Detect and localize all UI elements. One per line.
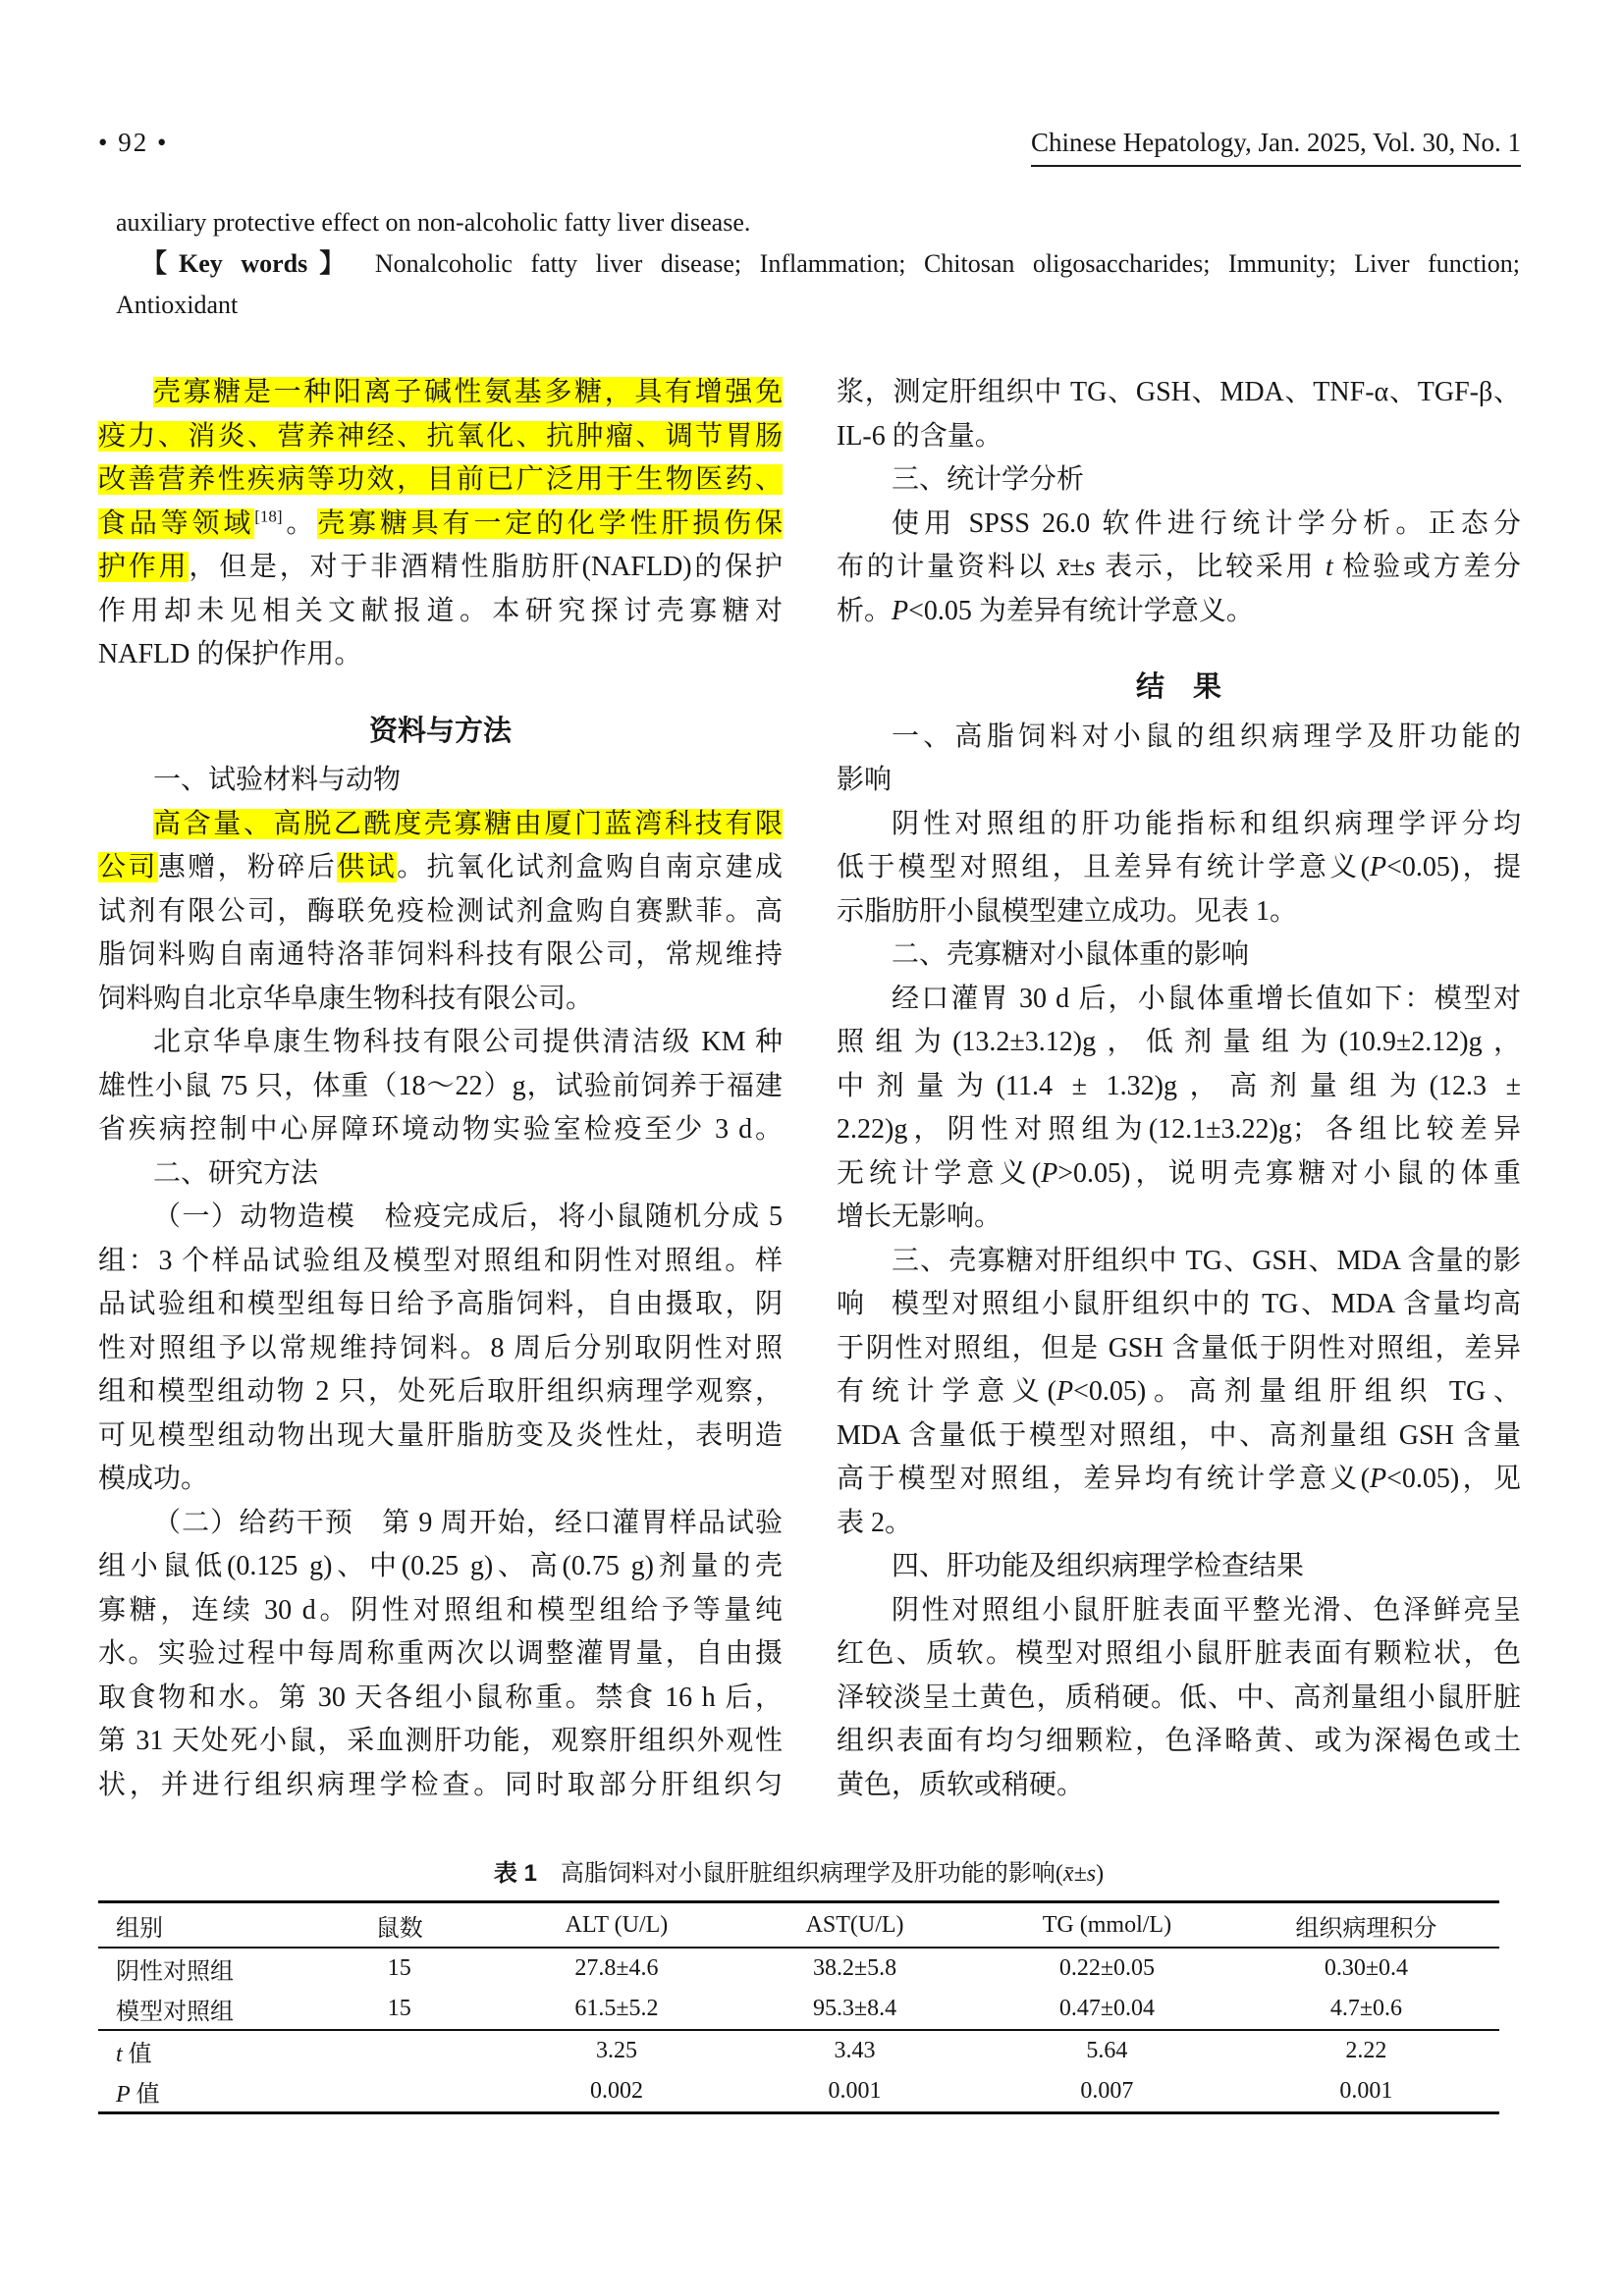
- text-line: 状，并进行组织病理学检查。同时取部分肝组织匀: [98, 1764, 783, 1808]
- text-segment: <0.05)，提: [1386, 852, 1521, 882]
- text-line: 护作用，但是，对于非酒精性脂肪肝(NAFLD)的保护: [98, 546, 783, 590]
- text-line: 无统计学意义(P>0.05)，说明壳寡糖对小鼠的体重: [837, 1152, 1521, 1197]
- text-segment: x̄: [1057, 552, 1069, 582]
- text-segment: 三、统计学分析: [892, 464, 1084, 495]
- text-segment: 表示，比较采用: [1095, 552, 1325, 582]
- table-cell: 0.001: [1233, 2071, 1499, 2113]
- table-cell: t 值: [98, 2030, 295, 2071]
- text-line: 三、壳寡糖对肝组织中 TG、GSH、MDA 含量的影响: [837, 1240, 1521, 1284]
- text-segment: NAFLD 的保护作用。: [98, 639, 361, 669]
- text-segment: 脂饲料购自南通特洛菲饲料科技有限公司，常规维持: [98, 939, 783, 970]
- text-segment: P: [116, 2082, 131, 2108]
- text-line: 品试验组和模型组每日给予高脂饲料，自由摄取，阴: [98, 1283, 783, 1327]
- table-header-row: 组别鼠数ALT (U/L)AST(U/L)TG (mmol/L)组织病理积分: [98, 1902, 1499, 1949]
- text-segment: 照组为(13.2±3.12)g，低剂量组为(10.9±2.12)g，: [837, 1027, 1521, 1057]
- text-segment: P: [1370, 852, 1386, 882]
- table-cell: 27.8±4.6: [505, 1948, 729, 1989]
- text-line: 疫力、消炎、营养神经、抗氧化、抗肿瘤、调节胃肠道、: [98, 415, 783, 459]
- text-segment: 模型对照组小鼠肝组织中的 TG、MDA 含量均高: [892, 1289, 1521, 1319]
- highlighted-text: 高含量、高脱乙酰度壳寡糖由厦门蓝湾科技有限: [153, 809, 783, 839]
- text-segment: 组织表面有均匀细颗粒，色泽略黄、或为深褐色或土: [837, 1726, 1521, 1756]
- text-segment: 示脂肪肝小鼠模型建立成功。见表 1。: [837, 896, 1297, 927]
- text-line: 阴性对照组小鼠肝脏表面平整光滑、色泽鲜亮呈: [837, 1589, 1521, 1633]
- text-line: 影响: [837, 759, 1521, 803]
- text-line: 2.22)g，阴性对照组为(12.1±3.22)g；各组比较差异: [837, 1108, 1521, 1152]
- text-segment: 水。实验过程中每周称重两次以调整灌胃量，自由摄: [98, 1638, 783, 1669]
- text-segment: 状，并进行组织病理学检查。同时取部分肝组织匀: [98, 1770, 783, 1800]
- text-line: 高含量、高脱乙酰度壳寡糖由厦门蓝湾科技有限: [98, 803, 783, 847]
- text-segment: 北京华阜康生物科技有限公司提供清洁级 KM 种: [153, 1027, 783, 1057]
- text-segment: 影响: [837, 765, 892, 795]
- table-cell: P 值: [98, 2071, 295, 2113]
- text-segment: 一、高脂饲料对小鼠的组织病理学及肝功能的: [892, 721, 1521, 752]
- text-segment: 析。: [837, 596, 892, 626]
- text-segment: 惠赠，粉碎后: [158, 852, 337, 882]
- text-segment: P: [892, 596, 908, 626]
- text-segment: 浆，测定肝组织中 TG、GSH、MDA、TNF-α、TGF-β、: [837, 377, 1521, 407]
- text-line: 雄性小鼠 75 只，体重（18～22）g，试验前饲养于福建: [98, 1065, 783, 1109]
- abstract-tail: auxiliary protective effect on non-alcoh…: [116, 202, 1520, 326]
- table-column-header: 组织病理积分: [1233, 1902, 1499, 1949]
- citation-superscript: [18]: [254, 507, 282, 525]
- text-line: 二、研究方法: [98, 1152, 783, 1197]
- text-segment: 红色、质软。模型对照组小鼠肝脏表面有颗粒状，色: [837, 1638, 1521, 1669]
- text-segment: <0.05)。高剂量组肝组织 TG、: [1073, 1376, 1521, 1407]
- text-segment: 品试验组和模型组每日给予高脂饲料，自由摄取，阴: [98, 1289, 783, 1319]
- text-line: 于阴性对照组，但是 GSH 含量低于阴性对照组，差异: [837, 1327, 1521, 1371]
- text-segment: 。: [283, 508, 318, 539]
- highlighted-text: 食品等领域: [98, 508, 254, 539]
- text-segment: 值: [131, 2082, 160, 2108]
- text-line: 饲料购自北京华阜康生物科技有限公司。: [98, 978, 783, 1022]
- table-cell: 0.47±0.04: [981, 1989, 1233, 2030]
- keywords-label: 【Key words】: [141, 249, 356, 278]
- text-segment: <0.05)，见: [1386, 1464, 1521, 1494]
- text-segment: MDA 含量低于模型对照组，中、高剂量组 GSH 含量: [837, 1420, 1521, 1451]
- text-line: 照组为(13.2±3.12)g，低剂量组为(10.9±2.12)g，: [837, 1021, 1521, 1065]
- text-segment: P: [1056, 1376, 1073, 1407]
- text-line: （一）动物造模 检疫完成后，将小鼠随机分成 5: [98, 1196, 783, 1240]
- text-segment: 寡糖，连续 30 d。阴性对照组和模型组给予等量纯: [98, 1595, 783, 1626]
- page-number: • 92 •: [98, 128, 168, 158]
- text-line: MDA 含量低于模型对照组，中、高剂量组 GSH 含量: [837, 1415, 1521, 1459]
- keywords-line: 【Key words】 Nonalcoholic fatty liver dis…: [116, 243, 1520, 285]
- text-line: 省疾病控制中心屏障环境动物实验室检疫至少 3 d。: [98, 1108, 783, 1152]
- table-cell: 0.22±0.05: [981, 1948, 1233, 1989]
- running-header: • 92 • Chinese Hepatology, Jan. 2025, Vo…: [98, 128, 1521, 167]
- highlighted-text: 壳寡糖具有一定的化学性肝损伤保: [317, 508, 783, 539]
- text-line: 作用却未见相关文献报道。本研究探讨壳寡糖对: [98, 590, 783, 634]
- table-cell: 3.43: [729, 2030, 981, 2071]
- text-segment: 布的计量资料以: [837, 552, 1057, 582]
- text-segment: ，但是，对于非酒精性脂肪肝(NAFLD)的保护: [189, 552, 783, 582]
- text-line: 模型对照组小鼠肝组织中的 TG、MDA 含量均高: [837, 1283, 1521, 1327]
- table-cell: 15: [295, 1948, 505, 1989]
- table-column-header: TG (mmol/L): [981, 1902, 1233, 1949]
- text-segment: 省疾病控制中心屏障环境动物实验室检疫至少 3 d。: [98, 1114, 783, 1145]
- text-line: 脂饲料购自南通特洛菲饲料科技有限公司，常规维持: [98, 934, 783, 978]
- text-line: 组小鼠低(0.125 g)、中(0.25 g)、高(0.75 g)剂量的壳: [98, 1545, 783, 1589]
- text-line: 泽较淡呈土黄色，质稍硬。低、中、高剂量组小鼠肝脏: [837, 1677, 1521, 1721]
- table-cell: 2.22: [1233, 2030, 1499, 2071]
- text-line: IL-6 的含量。: [837, 415, 1521, 459]
- text-segment: 组小鼠低(0.125 g)、中(0.25 g)、高(0.75 g)剂量的壳: [98, 1551, 783, 1581]
- table-cell: 0.002: [505, 2071, 729, 2113]
- text-segment: 阴性对照组的肝功能指标和组织病理学评分均: [892, 809, 1521, 839]
- text-line: 第 31 天处死小鼠，采血测肝功能，观察肝组织外观性: [98, 1720, 783, 1764]
- text-segment: 组和模型组动物 2 只，处死后取肝组织病理学观察，: [98, 1376, 783, 1407]
- left-column: 壳寡糖是一种阳离子碱性氨基多糖，具有增强免疫力、消炎、营养神经、抗氧化、抗肿瘤、…: [98, 371, 783, 1807]
- text-segment: IL-6 的含量。: [837, 421, 1002, 452]
- text-segment: 增长无影响。: [837, 1201, 1001, 1232]
- text-segment: 表 1: [494, 1860, 537, 1887]
- text-line: 寡糖，连续 30 d。阴性对照组和模型组给予等量纯: [98, 1589, 783, 1633]
- text-line: 三、统计学分析: [837, 458, 1521, 503]
- text-line: 水。实验过程中每周称重两次以调整灌胃量，自由摄: [98, 1632, 783, 1677]
- table-cell: 5.64: [981, 2030, 1233, 2071]
- text-line: 取食物和水。第 30 天各组小鼠称重。禁食 16 h 后，: [98, 1677, 783, 1721]
- text-line: 组和模型组动物 2 只，处死后取肝组织病理学观察，: [98, 1370, 783, 1415]
- section-heading: 结 果: [837, 666, 1521, 710]
- text-line: 组：3 个样品试验组及模型对照组和阴性对照组。样: [98, 1240, 783, 1284]
- text-segment: 表 2。: [837, 1508, 912, 1538]
- table-cell: 4.7±0.6: [1233, 1989, 1499, 2030]
- text-segment: 有统计学意义(: [837, 1376, 1056, 1407]
- text-segment: 中剂量为(11.4 ± 1.32)g，高剂量组为(12.3 ±: [837, 1071, 1521, 1101]
- text-segment: 模成功。: [98, 1464, 208, 1494]
- keywords-continuation: Antioxidant: [116, 285, 1520, 326]
- text-segment: P: [1041, 1158, 1057, 1189]
- table-cell: 38.2±5.8: [729, 1948, 981, 1989]
- text-segment: 经口灌胃 30 d 后，小鼠体重增长值如下：模型对: [892, 984, 1521, 1014]
- table-cell: 3.25: [505, 2030, 729, 2071]
- table-cell: 阴性对照组: [98, 1948, 295, 1989]
- text-line: 模成功。: [98, 1458, 783, 1502]
- text-line: 示脂肪肝小鼠模型建立成功。见表 1。: [837, 890, 1521, 934]
- text-segment: 低于模型对照组，且差异有统计学意义(: [837, 852, 1370, 882]
- text-segment: 使用 SPSS 26.0 软件进行统计学分析。正态分: [892, 508, 1521, 539]
- table-cell: 61.5±5.2: [505, 1989, 729, 2030]
- table-row: 模型对照组1561.5±5.295.3±8.40.47±0.044.7±0.6: [98, 1989, 1499, 2030]
- text-segment: 取食物和水。第 30 天各组小鼠称重。禁食 16 h 后，: [98, 1682, 783, 1713]
- abstract-continuation-line: auxiliary protective effect on non-alcoh…: [116, 202, 1520, 243]
- table-column-header: 鼠数: [295, 1902, 505, 1949]
- text-segment: 阴性对照组小鼠肝脏表面平整光滑、色泽鲜亮呈: [892, 1595, 1521, 1626]
- table-cell: 0.007: [981, 2071, 1233, 2113]
- table-1-title: 表 1 高脂饲料对小鼠肝脏组织病理学及肝功能的影响(x̄±s): [98, 1853, 1499, 1888]
- table-cell: 0.30±0.4: [1233, 1948, 1499, 1989]
- text-line: 组织表面有均匀细颗粒，色泽略黄、或为深褐色或土: [837, 1720, 1521, 1764]
- highlighted-text: 公司: [98, 852, 158, 882]
- text-segment: 黄色，质软或稍硬。: [837, 1770, 1084, 1800]
- text-line: 北京华阜康生物科技有限公司提供清洁级 KM 种: [98, 1021, 783, 1065]
- table-column-header: 组别: [98, 1902, 295, 1949]
- text-segment: 于阴性对照组，但是 GSH 含量低于阴性对照组，差异: [837, 1333, 1521, 1363]
- text-line: 高于模型对照组，差异均有统计学意义(P<0.05)，见: [837, 1458, 1521, 1502]
- text-line: （二）给药干预 第 9 周开始，经口灌胃样品试验: [98, 1502, 783, 1546]
- text-segment: （一）动物造模 检疫完成后，将小鼠随机分成 5: [153, 1201, 783, 1232]
- text-segment: 。抗氧化试剂盒购自南京建成: [397, 852, 783, 882]
- text-segment: 第 31 天处死小鼠，采血测肝功能，观察肝组织外观性: [98, 1726, 783, 1756]
- text-line: 使用 SPSS 26.0 软件进行统计学分析。正态分: [837, 503, 1521, 547]
- text-segment: 可见模型组动物出现大量肝脂肪变及炎性灶，表明造: [98, 1420, 783, 1451]
- text-segment: 四、肝功能及组织病理学检查结果: [892, 1551, 1304, 1581]
- table-cell: 0.001: [729, 2071, 981, 2113]
- text-segment: 泽较淡呈土黄色，质稍硬。低、中、高剂量组小鼠肝脏: [837, 1682, 1521, 1713]
- table-cell: 15: [295, 1989, 505, 2030]
- text-line: 改善营养性疾病等功效，目前已广泛用于生物医药、: [98, 458, 783, 503]
- table-column-header: ALT (U/L): [505, 1902, 729, 1949]
- text-line: 低于模型对照组，且差异有统计学意义(P<0.05)，提: [837, 846, 1521, 890]
- table-row: P 值0.0020.0010.0070.001: [98, 2071, 1499, 2113]
- text-line: 性对照组予以常规维持饲料。8 周后分别取阴性对照: [98, 1327, 783, 1371]
- text-line: 壳寡糖是一种阳离子碱性氨基多糖，具有增强免: [98, 371, 783, 415]
- text-segment: 饲料购自北京华阜康生物科技有限公司。: [98, 984, 593, 1014]
- text-line: 增长无影响。: [837, 1196, 1521, 1240]
- text-line: 经口灌胃 30 d 后，小鼠体重增长值如下：模型对: [837, 978, 1521, 1022]
- text-line: 布的计量资料以 x̄±s 表示，比较采用 t 检验或方差分: [837, 546, 1521, 590]
- highlighted-text: 供试: [337, 852, 397, 882]
- text-segment: 2.22)g，阴性对照组为(12.1±3.22)g；各组比较差异: [837, 1114, 1521, 1145]
- text-segment: s: [1085, 552, 1096, 582]
- text-line: 有统计学意义(P<0.05)。高剂量组肝组织 TG、: [837, 1370, 1521, 1415]
- table-column-header: AST(U/L): [729, 1902, 981, 1949]
- text-line: 一、高脂饲料对小鼠的组织病理学及肝功能的: [837, 716, 1521, 760]
- text-line: 析。P<0.05 为差异有统计学意义。: [837, 590, 1521, 634]
- table-row: 阴性对照组1527.8±4.638.2±5.80.22±0.050.30±0.4: [98, 1948, 1499, 1989]
- table-row: t 值3.253.435.642.22: [98, 2030, 1499, 2071]
- text-line: 二、壳寡糖对小鼠体重的影响: [837, 934, 1521, 978]
- text-line: 一、试验材料与动物: [98, 759, 783, 803]
- text-line: 公司惠赠，粉碎后供试。抗氧化试剂盒购自南京建成: [98, 846, 783, 890]
- text-segment: t: [116, 2042, 123, 2067]
- paper-page: • 92 • Chinese Hepatology, Jan. 2025, Vo…: [0, 0, 1624, 2296]
- text-segment: 二、壳寡糖对小鼠体重的影响: [892, 939, 1249, 970]
- text-segment: <0.05 为差异有统计学意义。: [908, 596, 1254, 626]
- text-segment: （二）给药干预 第 9 周开始，经口灌胃样品试验: [153, 1508, 783, 1538]
- table-1: 组别鼠数ALT (U/L)AST(U/L)TG (mmol/L)组织病理积分 阴…: [98, 1900, 1499, 2114]
- highlighted-text: 护作用: [98, 552, 189, 582]
- text-line: NAFLD 的保护作用。: [98, 633, 783, 677]
- table-cell: 模型对照组: [98, 1989, 295, 2030]
- table-1-block: 表 1 高脂饲料对小鼠肝脏组织病理学及肝功能的影响(x̄±s) 组别鼠数ALT …: [98, 1853, 1499, 2114]
- text-line: 可见模型组动物出现大量肝脂肪变及炎性灶，表明造: [98, 1415, 783, 1459]
- text-segment: 组：3 个样品试验组及模型对照组和阴性对照组。样: [98, 1246, 783, 1276]
- text-segment: P: [1370, 1464, 1386, 1494]
- section-heading: 资料与方法: [98, 710, 783, 754]
- journal-reference: Chinese Hepatology, Jan. 2025, Vol. 30, …: [1031, 128, 1521, 167]
- text-segment: 雄性小鼠 75 只，体重（18～22）g，试验前饲养于福建: [98, 1071, 783, 1101]
- text-line: 四、肝功能及组织病理学检查结果: [837, 1545, 1521, 1589]
- text-segment: 检验或方差分: [1333, 552, 1521, 582]
- highlighted-text: 壳寡糖是一种阳离子碱性氨基多糖，具有增强免: [153, 377, 783, 407]
- highlighted-text: 改善营养性疾病等功效，目前已广泛用于生物医药、: [98, 464, 783, 495]
- text-segment: ): [1096, 1861, 1104, 1887]
- text-segment: 高脂饲料对小鼠肝脏组织病理学及肝功能的影响(: [537, 1861, 1063, 1887]
- text-line: 黄色，质软或稍硬。: [837, 1764, 1521, 1808]
- text-segment: >0.05)，说明壳寡糖对小鼠的体重: [1057, 1158, 1521, 1189]
- text-segment: 无统计学意义(: [837, 1158, 1041, 1189]
- text-segment: ±: [1069, 552, 1084, 582]
- text-line: 中剂量为(11.4 ± 1.32)g，高剂量组为(12.3 ±: [837, 1065, 1521, 1109]
- text-segment: 试剂有限公司，酶联免疫检测试剂盒购自赛默菲。高: [98, 896, 783, 927]
- text-line: 试剂有限公司，酶联免疫检测试剂盒购自赛默菲。高: [98, 890, 783, 934]
- text-segment: 值: [123, 2042, 152, 2067]
- text-line: 红色、质软。模型对照组小鼠肝脏表面有颗粒状，色: [837, 1632, 1521, 1677]
- table-cell: [295, 2071, 505, 2113]
- text-segment: x̄±s: [1063, 1861, 1096, 1887]
- text-line: 表 2。: [837, 1502, 1521, 1546]
- text-segment: t: [1326, 552, 1333, 582]
- text-segment: 性对照组予以常规维持饲料。8 周后分别取阴性对照: [98, 1333, 783, 1363]
- text-segment: 二、研究方法: [153, 1158, 318, 1189]
- text-segment: 一、试验材料与动物: [153, 765, 401, 795]
- text-segment: 高于模型对照组，差异均有统计学意义(: [837, 1464, 1370, 1494]
- text-line: 浆，测定肝组织中 TG、GSH、MDA、TNF-α、TGF-β、: [837, 371, 1521, 415]
- table-cell: [295, 2030, 505, 2071]
- table-cell: 95.3±8.4: [729, 1989, 981, 2030]
- text-line: 食品等领域[18]。壳寡糖具有一定的化学性肝损伤保: [98, 503, 783, 547]
- text-segment: 作用却未见相关文献报道。本研究探讨壳寡糖对: [98, 596, 783, 626]
- keywords-text: Nonalcoholic fatty liver disease; Inflam…: [375, 249, 1520, 278]
- right-column: 浆，测定肝组织中 TG、GSH、MDA、TNF-α、TGF-β、IL-6 的含量…: [837, 371, 1521, 1807]
- text-line: 阴性对照组的肝功能指标和组织病理学评分均: [837, 803, 1521, 847]
